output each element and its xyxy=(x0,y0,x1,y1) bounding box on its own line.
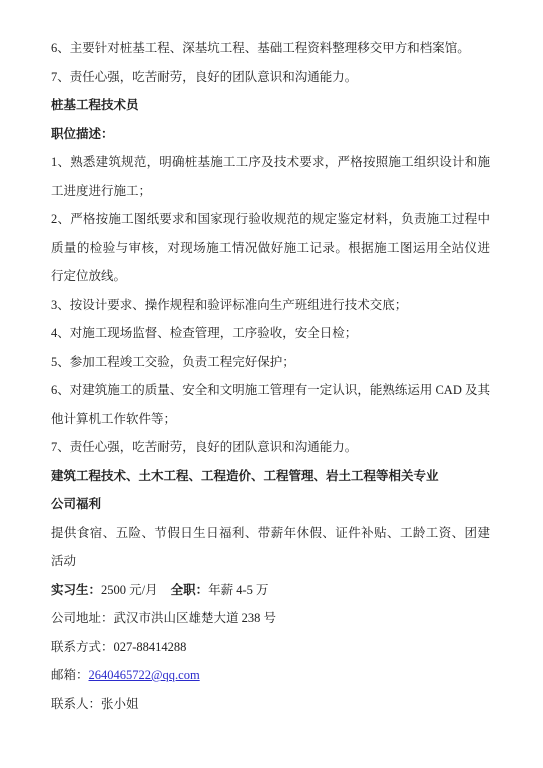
company-welfare-heading: 公司福利 xyxy=(51,490,490,519)
duty-2-line-2: 质量的检验与审核，对现场施工情况做好施工记录。根据施工图运用全站仪进 xyxy=(51,234,490,263)
intro-item-7: 7、责任心强，吃苦耐劳，良好的团队意识和沟通能力。 xyxy=(51,63,490,92)
email-line: 邮箱：2640465722@qq.com xyxy=(51,661,490,690)
salary-line: 实习生：2500 元/月全职：年薪 4-5 万 xyxy=(51,576,490,605)
welfare-line-1: 提供食宿、五险、节假日生日福利、带薪年休假、证件补贴、工龄工资、团建 xyxy=(51,519,490,548)
duty-7: 7、责任心强，吃苦耐劳，良好的团队意识和沟通能力。 xyxy=(51,433,490,462)
intern-salary-value: 2500 元/月 xyxy=(101,583,158,597)
duty-5: 5、参加工程竣工交验，负责工程完好保护； xyxy=(51,348,490,377)
email-label: 邮箱： xyxy=(51,668,89,682)
document-page: 6、主要针对桩基工程、深基坑工程、基础工程资料整理移交甲方和档案馆。 7、责任心… xyxy=(0,0,543,768)
duty-6-line-1: 6、对建筑施工的质量、安全和文明施工管理有一定认识，能熟练运用 CAD 及其 xyxy=(51,376,490,405)
intern-label: 实习生： xyxy=(51,583,101,597)
duties-list: 1、熟悉建筑规范，明确桩基施工工序及技术要求，严格按照施工组织设计和施 工进度进… xyxy=(51,148,490,462)
fulltime-salary-value: 年薪 4-5 万 xyxy=(208,583,268,597)
duty-3: 3、按设计要求、操作规程和验评标准向生产班组进行技术交底； xyxy=(51,291,490,320)
duty-6-line-2: 他计算机工作软件等； xyxy=(51,405,490,434)
job-description-heading: 职位描述： xyxy=(51,120,490,149)
duty-4: 4、对施工现场监督、检查管理，工序验收，安全日检； xyxy=(51,319,490,348)
duty-2-line-3: 行定位放线。 xyxy=(51,262,490,291)
email-link[interactable]: 2640465722@qq.com xyxy=(89,668,200,682)
required-majors-line: 建筑工程技术、土木工程、工程造价、工程管理、岩土工程等相关专业 xyxy=(51,462,490,491)
duty-1-line-1: 1、熟悉建筑规范，明确桩基施工工序及技术要求，严格按照施工组织设计和施 xyxy=(51,148,490,177)
fulltime-label: 全职： xyxy=(171,583,209,597)
welfare-line-2: 活动 xyxy=(51,547,490,576)
job-title-heading: 桩基工程技术员 xyxy=(51,91,490,120)
contact-phone-line: 联系方式：027-88414288 xyxy=(51,633,490,662)
intro-item-6: 6、主要针对桩基工程、深基坑工程、基础工程资料整理移交甲方和档案馆。 xyxy=(51,34,490,63)
contact-person-line: 联系人：张小姐 xyxy=(51,690,490,719)
duty-2-line-1: 2、严格按施工图纸要求和国家现行验收规范的规定鉴定材料，负责施工过程中 xyxy=(51,205,490,234)
duty-1-line-2: 工进度进行施工； xyxy=(51,177,490,206)
company-address-line: 公司地址：武汉市洪山区雄楚大道 238 号 xyxy=(51,604,490,633)
